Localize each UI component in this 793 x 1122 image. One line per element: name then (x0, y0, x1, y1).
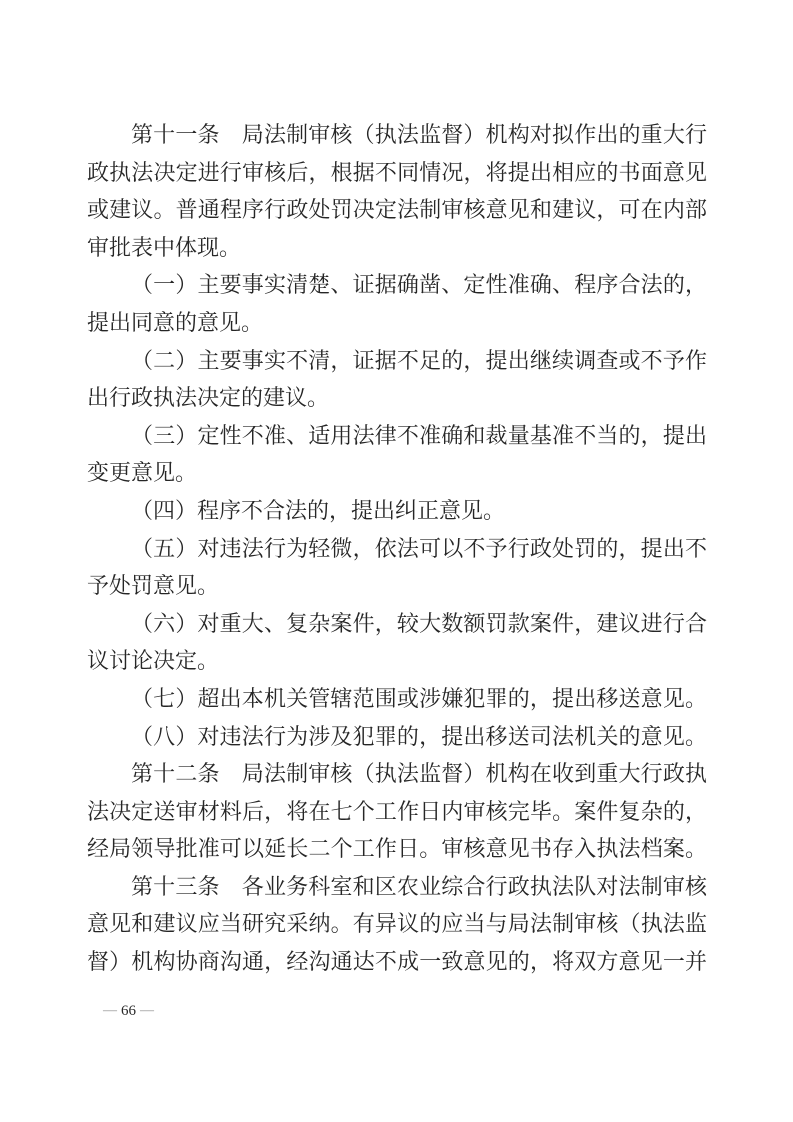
text-line: 变更意见。 (87, 454, 707, 492)
paragraph-article-11: 第十一条 局法制审核（执法监督）机构对拟作出的重大行政执法决定进行审核后，根据不… (87, 116, 707, 266)
text-line: （五）对违法行为轻微，依法可以不予行政处罚的，提出不 (87, 530, 707, 568)
text-line: （八）对违法行为涉及犯罪的，提出移送司法机关的意见。 (87, 718, 707, 756)
text-line: 审批表中体现。 (87, 229, 707, 267)
text-line: 法决定送审材料后，将在七个工作日内审核完毕。案件复杂的， (87, 793, 707, 831)
text-line: 经局领导批准可以延长二个工作日。审核意见书存入执法档案。 (87, 830, 707, 868)
page-number-dash-right: — (140, 1002, 154, 1020)
text-line: 议讨论决定。 (87, 642, 707, 680)
paragraph-item-6: （六）对重大、复杂案件，较大数额罚款案件，建议进行合议讨论决定。 (87, 605, 707, 680)
text-line: 出行政执法决定的建议。 (87, 379, 707, 417)
text-line: 意见和建议应当研究采纳。有异议的应当与局法制审核（执法监 (87, 905, 707, 943)
document-page: 第十一条 局法制审核（执法监督）机构对拟作出的重大行政执法决定进行审核后，根据不… (0, 0, 793, 1122)
paragraph-item-8: （八）对违法行为涉及犯罪的，提出移送司法机关的意见。 (87, 718, 707, 756)
text-line: 或建议。普通程序行政处罚决定法制审核意见和建议，可在内部 (87, 191, 707, 229)
text-line: 第十一条 局法制审核（执法监督）机构对拟作出的重大行 (87, 116, 707, 154)
page-footer: — 66 — (103, 1002, 154, 1020)
text-line: 政执法决定进行审核后，根据不同情况，将提出相应的书面意见 (87, 154, 707, 192)
text-line: （一）主要事实清楚、证据确凿、定性准确、程序合法的， (87, 266, 707, 304)
paragraph-item-2: （二）主要事实不清，证据不足的，提出继续调查或不予作出行政执法决定的建议。 (87, 342, 707, 417)
paragraph-item-3: （三）定性不准、适用法律不准确和裁量基准不当的，提出变更意见。 (87, 417, 707, 492)
page-number-dash-left: — (103, 1002, 117, 1020)
paragraph-article-12: 第十二条 局法制审核（执法监督）机构在收到重大行政执法决定送审材料后，将在七个工… (87, 755, 707, 868)
text-line: （二）主要事实不清，证据不足的，提出继续调查或不予作 (87, 342, 707, 380)
text-line: （三）定性不准、适用法律不准确和裁量基准不当的，提出 (87, 417, 707, 455)
text-line: （四）程序不合法的，提出纠正意见。 (87, 492, 707, 530)
text-line: 提出同意的意见。 (87, 304, 707, 342)
paragraph-item-1: （一）主要事实清楚、证据确凿、定性准确、程序合法的，提出同意的意见。 (87, 266, 707, 341)
page-number: 66 (121, 1002, 136, 1020)
text-line: 予处罚意见。 (87, 567, 707, 605)
text-line: （七）超出本机关管辖范围或涉嫌犯罪的，提出移送意见。 (87, 680, 707, 718)
text-line: 第十三条 各业务科室和区农业综合行政执法队对法制审核 (87, 868, 707, 906)
paragraph-item-5: （五）对违法行为轻微，依法可以不予行政处罚的，提出不予处罚意见。 (87, 530, 707, 605)
paragraph-item-7: （七）超出本机关管辖范围或涉嫌犯罪的，提出移送意见。 (87, 680, 707, 718)
paragraph-item-4: （四）程序不合法的，提出纠正意见。 (87, 492, 707, 530)
paragraph-article-13: 第十三条 各业务科室和区农业综合行政执法队对法制审核意见和建议应当研究采纳。有异… (87, 868, 707, 981)
text-line: 督）机构协商沟通，经沟通达不成一致意见的，将双方意见一并 (87, 943, 707, 981)
document-body: 第十一条 局法制审核（执法监督）机构对拟作出的重大行政执法决定进行审核后，根据不… (87, 116, 707, 981)
text-line: 第十二条 局法制审核（执法监督）机构在收到重大行政执 (87, 755, 707, 793)
text-line: （六）对重大、复杂案件，较大数额罚款案件，建议进行合 (87, 605, 707, 643)
